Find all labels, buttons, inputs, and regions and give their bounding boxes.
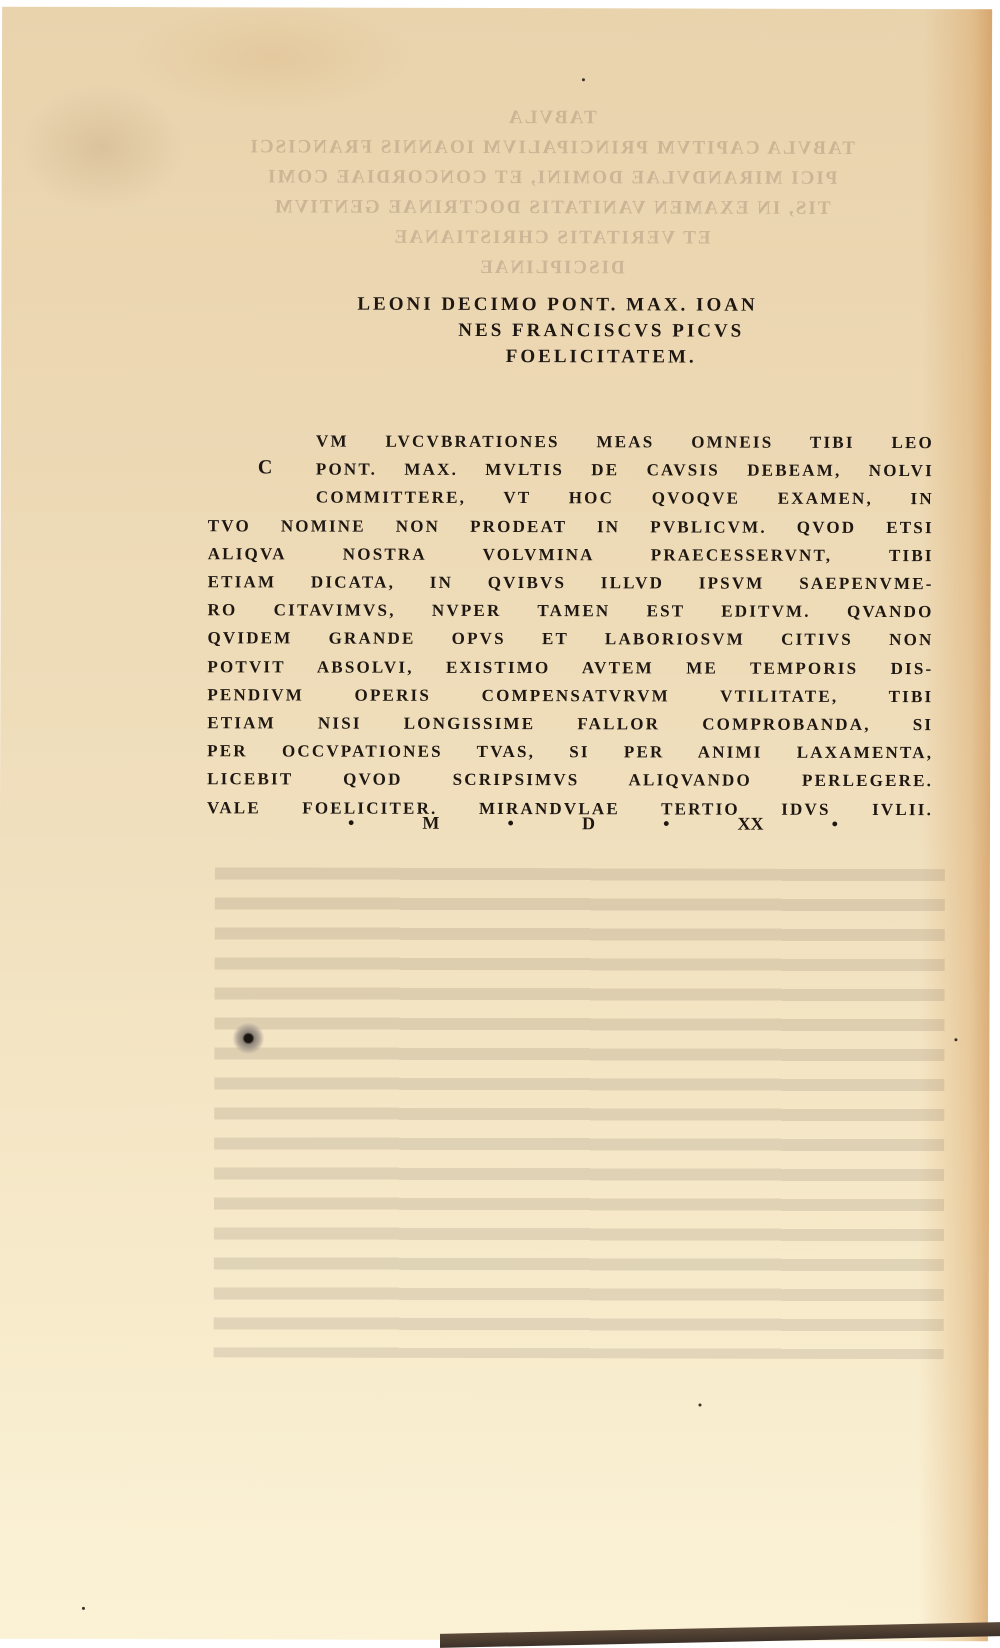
body-line: VM LVCVBRATIONES MEAS OMNEIS TIBI LEO (208, 427, 934, 457)
body-line: ETIAM NISI LONGISSIME FALLOR COMPROBANDA… (207, 709, 933, 739)
body-line: PENDIVM OPERIS COMPENSATVRVM VTILITATE, … (207, 681, 933, 711)
book-page: TABVLA TABVLA CAPITVM PRINCIPALIVM IOANN… (0, 7, 992, 1642)
bleed-line: TIS, IN EXAMEN VANITATIS DOCTRINAE GENTI… (232, 192, 872, 224)
body-line: ALIQVA NOSTRA VOLVMINA PRAECESSERVNT, TI… (208, 540, 934, 570)
bleed-line: TABVLA (232, 102, 872, 134)
body-line: PONT. MAX. MVLTIS DE CAVSIS DEBEAM, NOLV… (208, 455, 934, 485)
speck (954, 1038, 957, 1041)
date-dot: • (508, 813, 514, 834)
body-line: LICEBIT QVOD SCRIPSIMVS ALIQVANDO PERLEG… (207, 766, 933, 796)
body-line: COMMITTERE, VT HOC QVOQVE EXAMEN, IN (208, 484, 934, 514)
body-line: ETIAM DICATA, IN QVIBVS ILLVD IPSVM SAEP… (208, 568, 934, 598)
body-line: PER OCCVPATIONES TVAS, SI PER ANIMI LAXA… (207, 737, 933, 767)
bleed-line: ET VERITATIS CHRISTIANAE (231, 222, 871, 254)
bleed-text-lines (214, 867, 945, 1359)
bleed-through-body (214, 867, 945, 1359)
heading-line-1: LEONI DECIMO PONT. MAX. IOAN (341, 292, 861, 319)
date-numeral: D (582, 813, 595, 834)
dedication-heading: LEONI DECIMO PONT. MAX. IOAN NES FRANCIS… (341, 292, 861, 371)
body-line: POTVIT ABSOLVI, EXISTIMO AVTEM ME TEMPOR… (207, 653, 933, 683)
date-numeral: M (422, 813, 439, 834)
heading-line-2: NES FRANCISCVS PICVS (341, 318, 861, 345)
body-line: TVO NOMINE NON PRODEAT IN PVBLICVM. QVOD… (208, 512, 934, 542)
date-dot: • (663, 813, 669, 834)
body-line: RO CITAVIMVS, NVPER TAMEN EST EDITVM. QV… (208, 596, 934, 626)
bleed-line: TABVLA CAPITVM PRINCIPALIVM IOANNIS FRAN… (232, 132, 872, 164)
speck (82, 1607, 85, 1610)
speck (698, 1404, 701, 1407)
speck (582, 78, 585, 81)
bleed-through-heading: TABVLA TABVLA CAPITVM PRINCIPALIVM IOANN… (231, 102, 871, 284)
bleed-line: DISCIPLINAE (231, 252, 871, 284)
date-dot: • (348, 813, 354, 834)
date-numeral: XX (738, 814, 764, 835)
dedication-body: VM LVCVBRATIONES MEAS OMNEIS TIBI LEO PO… (207, 427, 934, 824)
date-dot: • (832, 814, 838, 835)
date-line: • M • D • XX • (348, 813, 838, 835)
body-line: QVIDEM GRANDE OPVS ET LABORIOSVM CITIVS … (207, 625, 933, 655)
heading-line-3: FOELICITATEM. (341, 344, 861, 371)
wormhole-icon (232, 1022, 264, 1054)
bleed-line: PICI MIRANDVLAE DOMINI, ET CONCORDIAE CO… (232, 162, 872, 194)
